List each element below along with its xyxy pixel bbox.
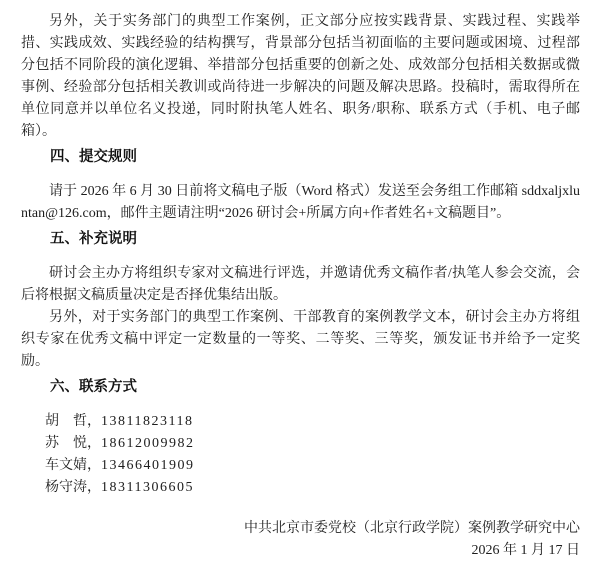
signature-line: 中共北京市委党校（北京行政学院）案例教学研究中心 xyxy=(21,518,580,540)
contact-name: 杨守涛 xyxy=(45,480,87,495)
supplementary-notes-paragraph-2: 另外，对于实务部门的典型工作案例、干部教育的案例教学文本，研讨会主办方将组织专家… xyxy=(21,307,580,373)
contact-separator: ， xyxy=(87,458,101,473)
document-page: 另外，关于实务部门的典型工作案例，正文部分应按实践背景、实践过程、实践举措、实践… xyxy=(0,0,601,573)
supplementary-notes-paragraph-1: 研讨会主办方将组织专家对文稿进行评选，并邀请优秀文稿作者/执笔人参会交流，会后将… xyxy=(21,263,580,307)
contact-list: 胡 哲，13811823118 苏 悦，18612009982 车文婧，1346… xyxy=(21,411,580,499)
contact-separator: ， xyxy=(87,480,101,495)
contact-phone: 18612009982 xyxy=(101,436,195,451)
contact-line: 杨守涛，18311306605 xyxy=(21,477,580,499)
contact-name: 车文婧 xyxy=(45,458,87,473)
date-line: 2026 年 1 月 17 日 xyxy=(21,540,580,562)
contact-phone: 18311306605 xyxy=(101,480,194,495)
contact-name: 胡 哲 xyxy=(45,414,87,429)
section-heading-contact-info: 六、联系方式 xyxy=(21,376,580,398)
contact-line: 苏 悦，18612009982 xyxy=(21,433,580,455)
contact-line: 胡 哲，13811823118 xyxy=(21,411,580,433)
submission-rules-paragraph: 请于 2026 年 6 月 30 日前将文稿电子版（Word 格式）发送至会务组… xyxy=(21,181,580,225)
contact-name: 苏 悦 xyxy=(45,436,87,451)
contact-separator: ， xyxy=(87,414,101,429)
section-heading-submission-rules: 四、提交规则 xyxy=(21,146,580,168)
contact-line: 车文婧，13466401909 xyxy=(21,455,580,477)
section-heading-supplementary-notes: 五、补充说明 xyxy=(21,228,580,250)
contact-phone: 13811823118 xyxy=(101,414,193,429)
intro-paragraph: 另外，关于实务部门的典型工作案例，正文部分应按实践背景、实践过程、实践举措、实践… xyxy=(21,11,580,143)
contact-separator: ， xyxy=(87,436,101,451)
contact-phone: 13466401909 xyxy=(101,458,195,473)
